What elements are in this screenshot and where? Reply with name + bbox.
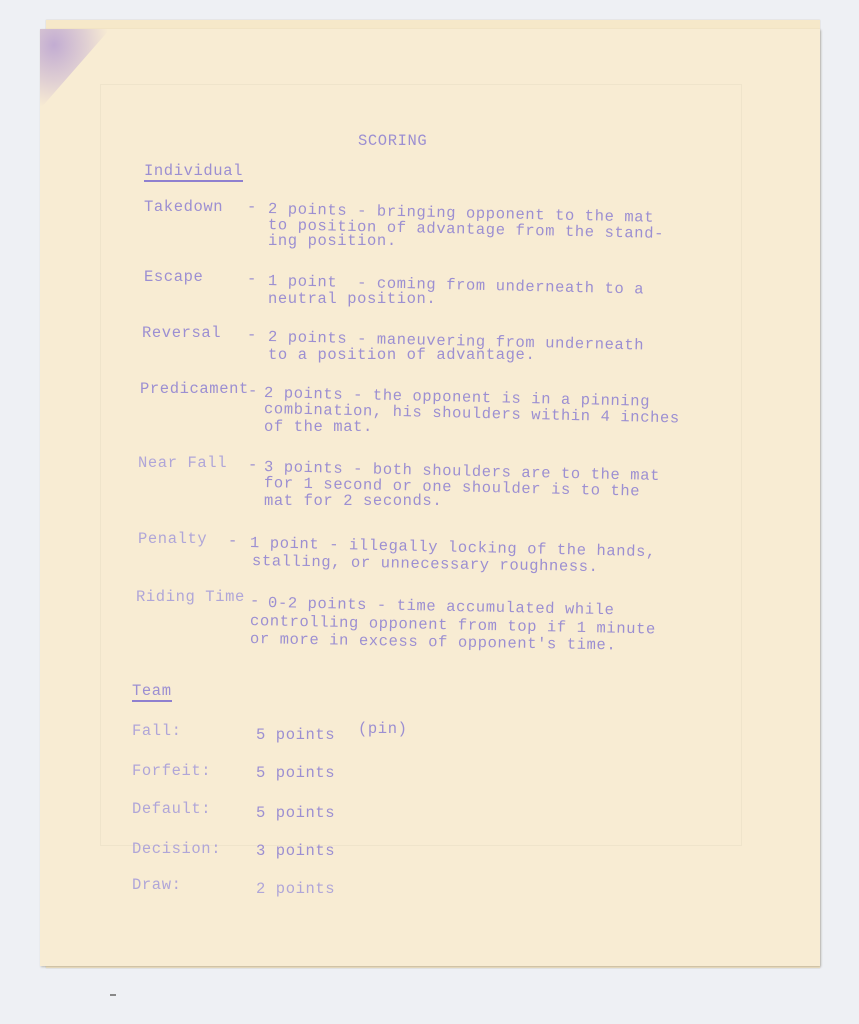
individual-heading: Individual	[144, 163, 243, 182]
item-label: Near Fall	[138, 455, 227, 471]
item-label: Penalty	[138, 531, 207, 547]
item-label: Predicament	[140, 381, 249, 397]
separator: -	[247, 271, 257, 287]
item-text: to a position of advantage.	[268, 347, 535, 363]
item-label: Escape	[144, 269, 203, 285]
item-text: mat for 2 seconds.	[264, 493, 442, 509]
item-label: Takedown	[144, 199, 223, 215]
team-heading: Team	[132, 683, 172, 702]
item-label: Riding Time	[136, 589, 245, 605]
item-text: ing position.	[268, 233, 397, 249]
team-label: Decision:	[132, 841, 221, 857]
separator: -	[247, 327, 257, 343]
team-value: 5 points	[256, 765, 335, 781]
document-page: SCORING Individual Takedown - 2 points -…	[40, 29, 820, 966]
speck	[110, 994, 116, 996]
separator: -	[247, 199, 257, 215]
team-value: 3 points	[256, 843, 335, 859]
team-label: Forfeit:	[132, 763, 211, 779]
team-value: 5 points	[256, 727, 335, 743]
team-note: (pin)	[358, 721, 408, 737]
page-title: SCORING	[358, 133, 427, 149]
item-label: Reversal	[142, 325, 221, 341]
team-label: Fall:	[132, 723, 182, 739]
separator: -	[228, 533, 238, 549]
separator: -	[248, 457, 258, 473]
item-text: of the mat.	[264, 419, 373, 435]
item-text: neutral position.	[268, 291, 436, 307]
team-value: 2 points	[256, 881, 335, 897]
team-value: 5 points	[256, 805, 335, 821]
team-label: Default:	[132, 801, 211, 817]
team-label: Draw:	[132, 877, 182, 893]
separator: -	[248, 383, 258, 399]
separator: -	[250, 593, 260, 609]
